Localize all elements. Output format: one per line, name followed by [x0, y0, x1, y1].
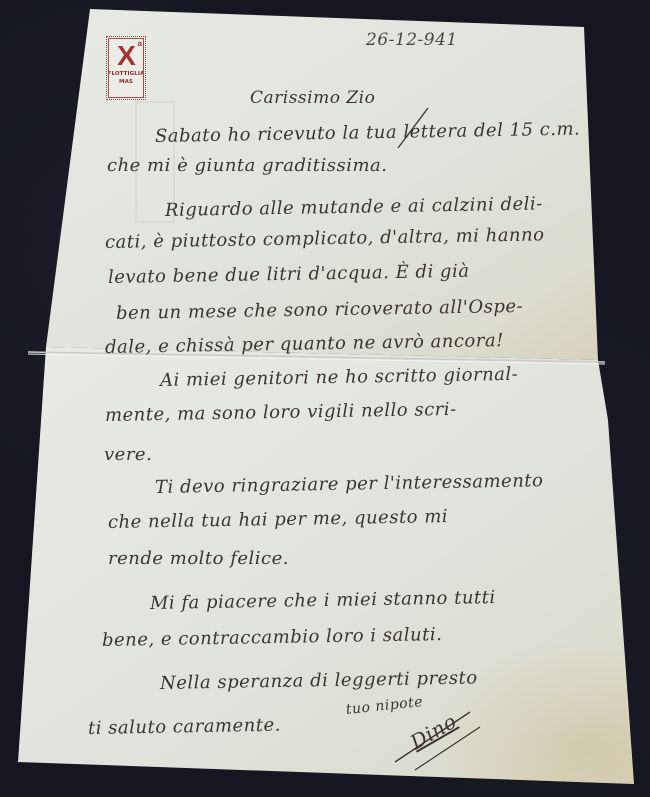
emblem-letter: X	[117, 40, 135, 71]
letterhead-line-1: FLOTTIGLIA	[107, 71, 145, 78]
letter-photo: Xa FLOTTIGLIA MAS 26-12-941 Carissimo Zi…	[0, 0, 650, 797]
body-line: vere.	[104, 444, 152, 465]
letterhead-logo: Xa FLOTTIGLIA MAS	[106, 36, 146, 100]
body-line: rende molto felice.	[108, 548, 289, 569]
emblem-superscript: a	[138, 40, 141, 48]
emblem-x: Xa	[107, 42, 145, 70]
body-line: che mi è giunta graditissima.	[107, 155, 388, 176]
letter-date: 26-12-941	[366, 30, 458, 50]
body-line: ti saluto caramente.	[88, 715, 281, 739]
salutation: Carissimo Zio	[250, 88, 375, 108]
letterhead-line-2: MAS	[107, 79, 145, 86]
